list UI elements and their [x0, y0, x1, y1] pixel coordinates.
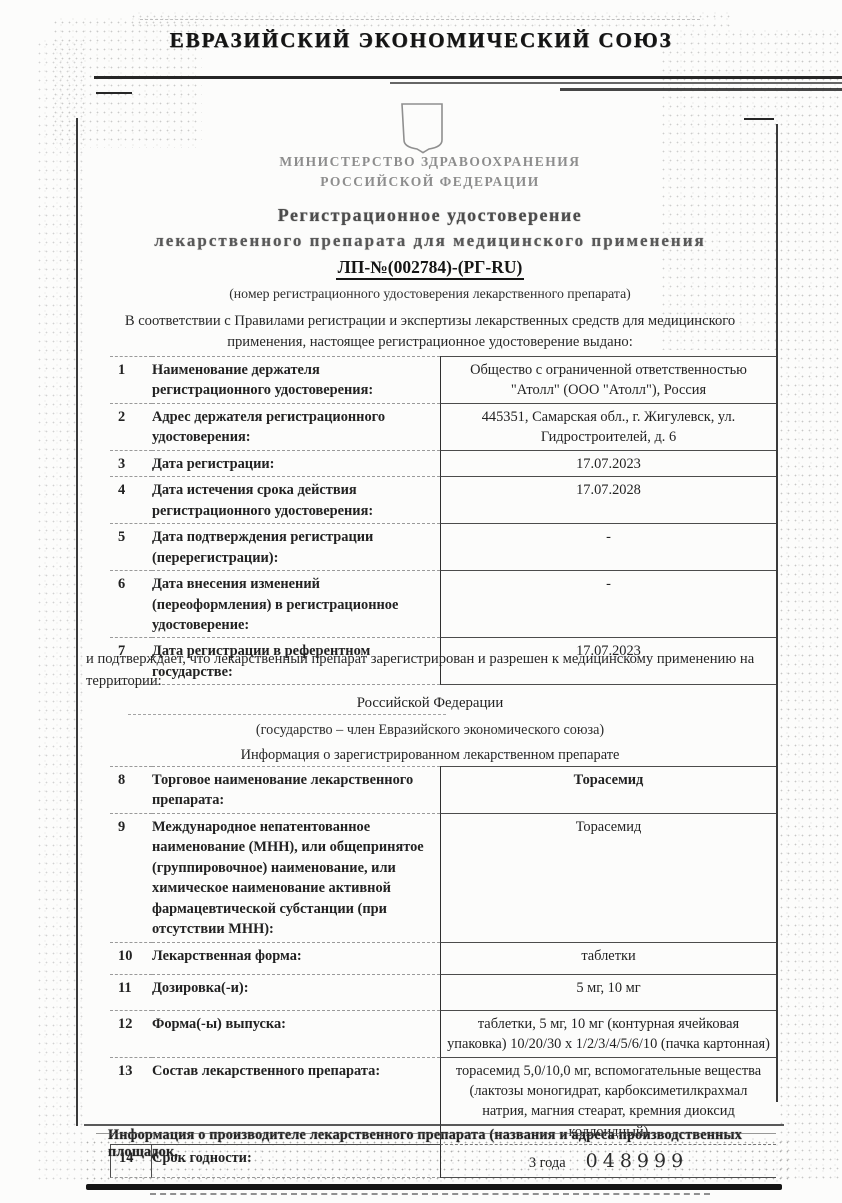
intro-paragraph: В соответствии с Правилами регистрации и…	[96, 311, 764, 353]
row-label: Международное непатентованное наименован…	[152, 813, 440, 942]
table-row: 5 Дата подтверждения регистрации (перере…	[110, 523, 776, 570]
territory-state: Российской Федерации	[0, 695, 842, 712]
confirmation-text: и подтверждает, что лекарственный препар…	[86, 649, 780, 693]
ministry-line2: РОССИЙСКОЙ ФЕДЕРАЦИИ	[0, 172, 842, 192]
row-value: 5 мг, 10 мг	[440, 974, 776, 1010]
header-rule-secondary	[390, 82, 842, 84]
row-label: Адрес держателя регистрационного удостов…	[152, 403, 440, 450]
row-number: 8	[110, 766, 152, 813]
row-number: 6	[110, 570, 152, 637]
row-label: Дата внесения изменений (переоформления)…	[152, 570, 440, 637]
row-label: Дата истечения срока действия регистраци…	[152, 476, 440, 523]
row-number: 2	[110, 403, 152, 450]
row-label: Форма(-ы) выпуска:	[152, 1010, 440, 1057]
row-value: 17.07.2028	[440, 476, 776, 523]
document-title-line1: Регистрационное удостоверение	[0, 205, 842, 226]
table-row: 2 Адрес держателя регистрационного удост…	[110, 403, 776, 450]
row-label: Дата регистрации:	[152, 450, 440, 476]
row-number: 11	[110, 974, 152, 1010]
row-label: Наименование держателя регистрационного …	[152, 356, 440, 403]
row-value: 17.07.2023	[440, 450, 776, 476]
table-row: 12 Форма(-ы) выпуска: таблетки, 5 мг, 10…	[110, 1010, 776, 1057]
bottom-dashed-bar	[150, 1193, 710, 1195]
product-info-heading: Информация о зарегистрированном лекарств…	[0, 747, 842, 764]
frame-top-right-step	[744, 118, 774, 120]
header-rule-right-segment	[560, 88, 842, 91]
ministry-emblem-shield-icon	[399, 102, 445, 159]
table-row: 9 Международное непатентованное наименов…	[110, 813, 776, 942]
row-value: таблетки	[440, 942, 776, 974]
ministry-line1: МИНИСТЕРСТВО ЗДРАВООХРАНЕНИЯ	[0, 152, 842, 172]
scan-noise-right	[778, 30, 840, 1180]
row-value: -	[440, 570, 776, 637]
row-number: 5	[110, 523, 152, 570]
top-dashed-line	[140, 19, 700, 20]
row-number: 3	[110, 450, 152, 476]
table-row: 11 Дозировка(-и): 5 мг, 10 мг	[110, 974, 776, 1010]
row-label: Торговое наименование лекарственного пре…	[152, 766, 440, 813]
header-rule-main	[94, 76, 842, 79]
row-value: таблетки, 5 мг, 10 мг (контурная ячейков…	[440, 1010, 776, 1057]
union-header: ЕВРАЗИЙСКИЙ ЭКОНОМИЧЕСКИЙ СОЮЗ	[0, 28, 842, 53]
table-row: 8 Торговое наименование лекарственного п…	[110, 766, 776, 813]
table-row: 10 Лекарственная форма: таблетки	[110, 942, 776, 974]
row-number: 12	[110, 1010, 152, 1057]
row-number: 1	[110, 356, 152, 403]
footer-rule-top	[84, 1124, 784, 1126]
row-label: Дата подтверждения регистрации (перереги…	[152, 523, 440, 570]
row-number: 4	[110, 476, 152, 523]
territory-state-caption: (государство – член Евразийского экономи…	[0, 722, 842, 739]
product-table: 8 Торговое наименование лекарственного п…	[110, 766, 776, 1178]
holder-table: 1 Наименование держателя регистрационног…	[110, 356, 776, 685]
footer-rule-through-text	[96, 1133, 776, 1134]
row-value: Общество с ограниченной ответственностью…	[440, 356, 776, 403]
row-value: Торасемид	[440, 766, 776, 813]
row-label: Дозировка(-и):	[152, 974, 440, 1010]
bottom-heavy-bar	[86, 1184, 782, 1190]
frame-top-left-step	[96, 92, 132, 94]
table-row: 6 Дата внесения изменений (переоформлени…	[110, 570, 776, 637]
row-number: 9	[110, 813, 152, 942]
row-value: 445351, Самарская обл., г. Жигулевск, ул…	[440, 403, 776, 450]
table-row: 1 Наименование держателя регистрационног…	[110, 356, 776, 403]
row-label: Лекарственная форма:	[152, 942, 440, 974]
state-underline	[128, 714, 446, 715]
registration-certificate-document: ЕВРАЗИЙСКИЙ ЭКОНОМИЧЕСКИЙ СОЮЗ МИНИСТЕРС…	[0, 0, 842, 1203]
ministry-name: МИНИСТЕРСТВО ЗДРАВООХРАНЕНИЯ РОССИЙСКОЙ …	[0, 152, 842, 193]
row-value: -	[440, 523, 776, 570]
row-value: Торасемид	[440, 813, 776, 942]
row-number: 10	[110, 942, 152, 974]
document-title-line2: лекарственного препарата для медицинског…	[0, 231, 842, 251]
table-row: 4 Дата истечения срока действия регистра…	[110, 476, 776, 523]
table-row: 3 Дата регистрации: 17.07.2023	[110, 450, 776, 476]
registration-number: ЛП-№(002784)-(РГ-RU)	[0, 257, 842, 278]
registration-number-caption: (номер регистрационного удостоверения ле…	[0, 286, 842, 302]
